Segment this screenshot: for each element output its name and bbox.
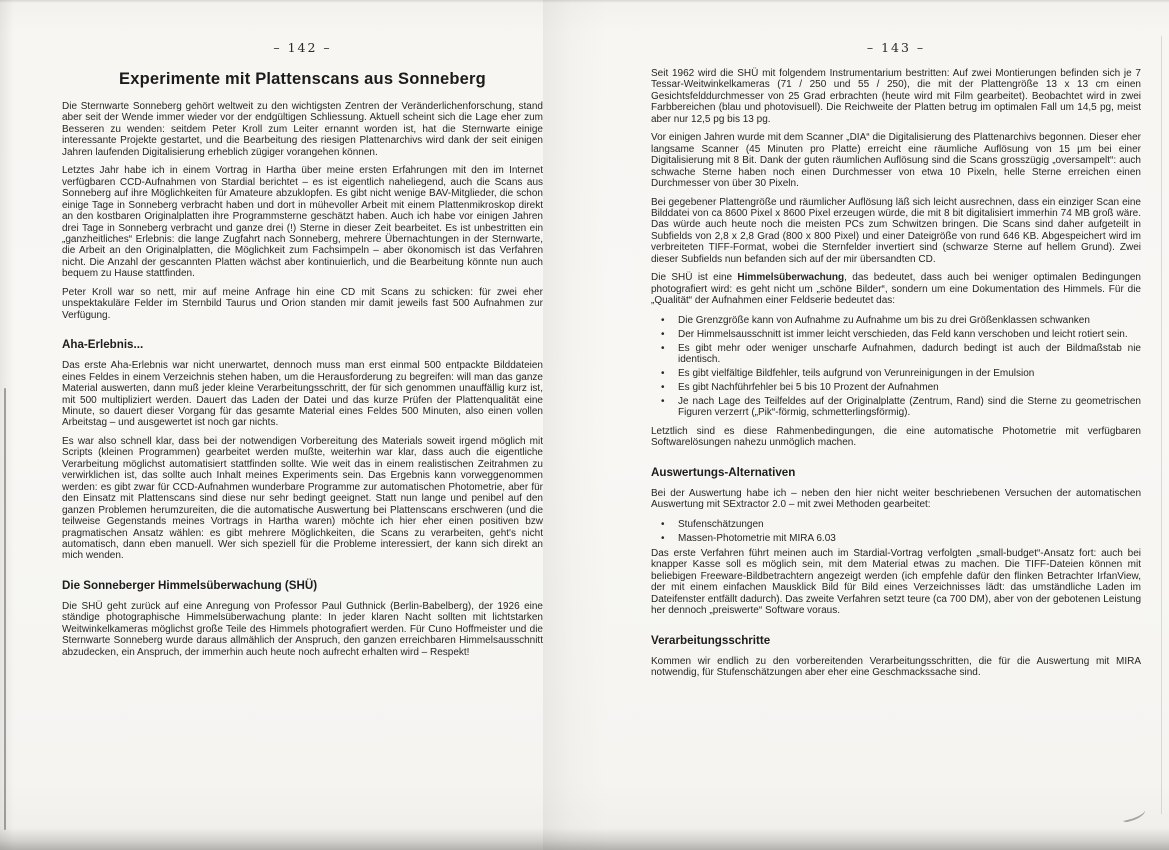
scan-gutter-shadow [543, 0, 607, 850]
list-item-text: Stufenschätzungen [678, 519, 764, 530]
bullet-icon: • [661, 382, 665, 393]
paragraph-text: Die SHÜ ist eine [651, 272, 737, 283]
paragraph: Vor einigen Jahren wurde mit dem Scanner… [651, 132, 1141, 189]
paragraph: Es war also schnell klar, dass bei der n… [62, 436, 543, 562]
list-item-text: Massen-Photometrie mit MIRA 6.03 [678, 533, 836, 544]
scan-left-edge-line [4, 388, 6, 830]
list-item: •Je nach Lage des Teilfeldes auf der Ori… [651, 396, 1141, 419]
bullet-icon: • [661, 396, 665, 407]
right-page: – 143 – Seit 1962 wird die SHÜ mit folge… [651, 0, 1141, 679]
scan-right-edge-line [1161, 36, 1162, 814]
list-item: •Massen-Photometrie mit MIRA 6.03 [651, 533, 1141, 544]
paragraph: Das erste Verfahren führt meinen auch im… [651, 548, 1141, 617]
section-heading-verarbeitungsschritte: Verarbeitungsschritte [651, 634, 1141, 647]
paragraph: Seit 1962 wird die SHÜ mit folgendem Ins… [651, 68, 1141, 125]
list-item: •Es gibt Nachführfehler bei 5 bis 10 Pro… [651, 382, 1141, 393]
list-item-text: Es gibt Nachführfehler bei 5 bis 10 Proz… [678, 382, 939, 393]
paragraph: Das erste Aha-Erlebnis war nicht unerwar… [62, 360, 543, 429]
paragraph: Letztes Jahr habe ich in einem Vortrag i… [62, 165, 543, 280]
method-bullet-list: •Stufenschätzungen •Massen-Photometrie m… [651, 519, 1141, 544]
paragraph: Letztlich sind es diese Rahmenbedingunge… [651, 426, 1141, 449]
list-item: •Stufenschätzungen [651, 519, 1141, 530]
left-page: – 142 – Experimente mit Plattenscans aus… [62, 0, 543, 658]
scan-left-edge-shading [0, 0, 14, 850]
bullet-icon: • [661, 519, 665, 530]
paragraph: Bei der Auswertung habe ich – neben den … [651, 488, 1141, 511]
article-title: Experimente mit Plattenscans aus Sonnebe… [62, 70, 543, 89]
section-heading-aha-erlebnis: Aha-Erlebnis... [62, 338, 543, 351]
list-item: •Es gibt mehr oder weniger unscharfe Auf… [651, 343, 1141, 366]
bullet-icon: • [661, 368, 665, 379]
list-item-text: Es gibt vielfältige Bildfehler, teils au… [678, 368, 1034, 379]
paragraph: Die Sternwarte Sonneberg gehört weltweit… [62, 101, 543, 158]
scanned-book-spread: – 142 – Experimente mit Plattenscans aus… [0, 0, 1169, 850]
list-item: •Es gibt vielfältige Bildfehler, teils a… [651, 368, 1141, 379]
paragraph: Bei gegebener Plattengröße und räumliche… [651, 197, 1141, 266]
page-number-right: – 143 – [651, 40, 1141, 55]
paragraph: Kommen wir endlich zu den vorbereitenden… [651, 656, 1141, 679]
list-item-text: Je nach Lage des Teilfeldes auf der Orig… [678, 396, 1141, 418]
list-item-text: Der Himmelsausschnitt ist immer leicht v… [678, 329, 1128, 340]
paragraph: Peter Kroll war so nett, mir auf meine A… [62, 287, 543, 321]
section-heading-shu: Die Sonneberger Himmelsüberwachung (SHÜ) [62, 579, 543, 592]
paragraph: Die SHÜ geht zurück auf eine Anregung vo… [62, 601, 543, 658]
list-item-text: Es gibt mehr oder weniger unscharfe Aufn… [678, 343, 1141, 365]
bullet-icon: • [661, 329, 665, 340]
quality-bullet-list: •Die Grenzgröße kann von Aufnahme zu Auf… [651, 315, 1141, 419]
emphasized-term: Himmelsüberwachung [737, 272, 844, 283]
list-item: •Der Himmelsausschnitt ist immer leicht … [651, 329, 1141, 340]
list-item-text: Die Grenzgröße kann von Aufnahme zu Aufn… [678, 315, 1090, 326]
list-item: •Die Grenzgröße kann von Aufnahme zu Auf… [651, 315, 1141, 326]
bullet-icon: • [661, 343, 665, 354]
section-heading-auswertungs-alternativen: Auswertungs-Alternativen [651, 466, 1141, 479]
bullet-icon: • [661, 315, 665, 326]
page-number-left: – 142 – [62, 40, 543, 55]
bullet-icon: • [661, 533, 665, 544]
scan-bottom-shadow [0, 828, 1169, 850]
scan-pen-mark [1121, 807, 1147, 823]
paragraph: Die SHÜ ist eine Himmelsüberwachung, das… [651, 272, 1141, 306]
